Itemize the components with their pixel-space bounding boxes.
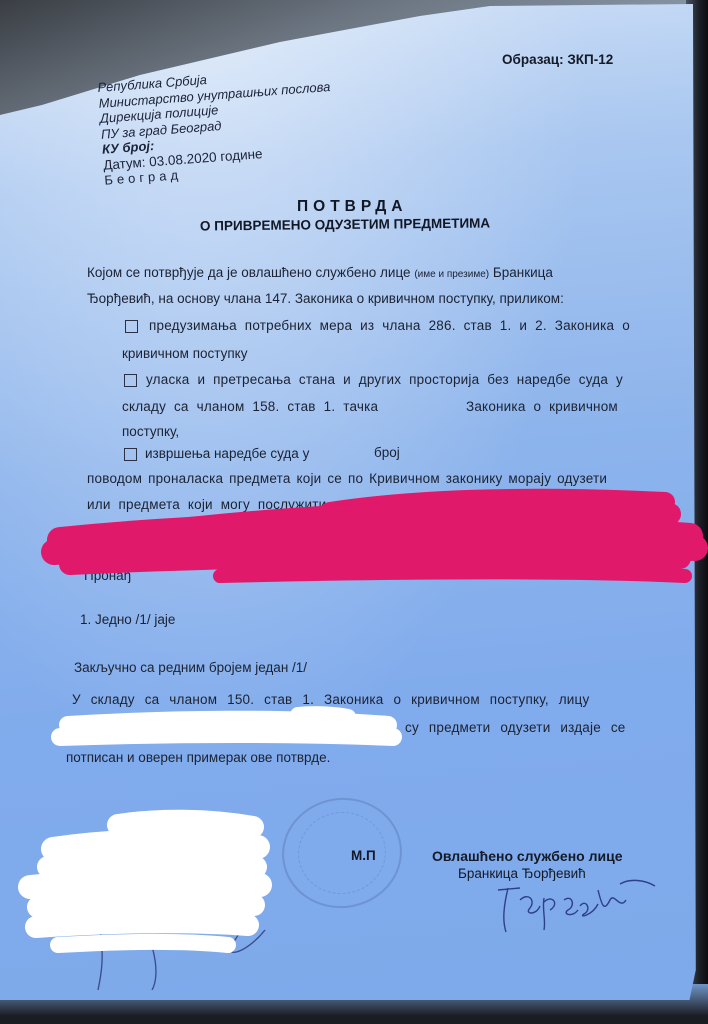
item-1: 1. Једно /1/ јаје <box>80 612 175 627</box>
officer-first-name: Бранкица <box>493 265 553 280</box>
intro-text: Којом се потврђује да је овлашћено служб… <box>87 265 411 280</box>
final-line-2: су предмети одузети издаје се <box>405 720 626 735</box>
option-1-line-2: кривичном поступку <box>122 346 247 361</box>
officer-name: Бранкица Ђорђевић <box>458 866 586 881</box>
final-line-3: потписан и оверен примерак ове потврде. <box>66 750 330 765</box>
document-title: ПОТВРДА <box>297 198 407 216</box>
reason-line-3: 03.08.2020 <box>84 522 152 537</box>
option-2-line-3: поступку, <box>122 424 179 439</box>
option-1-line-1: предузимања потребних мера из члана 286.… <box>149 318 630 333</box>
reason-line-4: Пронађ <box>84 568 131 583</box>
issuer-header: Република Србија Министарство унутрашњих… <box>97 63 336 188</box>
option-3-line-1b: број <box>374 445 400 460</box>
option-court-order-checkbox[interactable] <box>124 448 137 461</box>
closing-statement: Закључно са редним бројем један /1/ <box>74 660 307 675</box>
option-2-line-2b: Законика о кривичном <box>466 399 618 414</box>
option-2-line-2a: складу са чланом 158. став 1. тачка <box>122 399 378 414</box>
intro-line-1: Којом се потврђује да је овлашћено служб… <box>87 265 553 280</box>
intro-name-hint: (име и презиме) <box>414 269 489 280</box>
document-subtitle: О ПРИВРЕМЕНО ОДУЗЕТИМ ПРЕДМЕТИМА <box>200 215 490 233</box>
seal-label: М.П <box>351 848 376 863</box>
reason-line-1: поводом проналаска предмета који се по К… <box>87 471 607 486</box>
option-preventive-measures-checkbox[interactable] <box>125 320 138 333</box>
form-code: Образац: ЗКП-12 <box>502 52 613 67</box>
option-3-line-1a: извршења наредбе суда у <box>145 446 309 461</box>
intro-line-2: Ђорђевић, на основу члана 147. Законика … <box>87 291 564 306</box>
officer-title: Овлашћено службено лице <box>432 848 623 864</box>
option-search-without-warrant-checkbox[interactable] <box>124 374 137 387</box>
reason-line-2: или предмета који могу послужити као док <box>87 497 386 512</box>
final-line-1: У складу са чланом 150. став 1. Законика… <box>72 692 589 707</box>
option-2-line-1: уласка и претресања стана и других прост… <box>146 372 623 387</box>
